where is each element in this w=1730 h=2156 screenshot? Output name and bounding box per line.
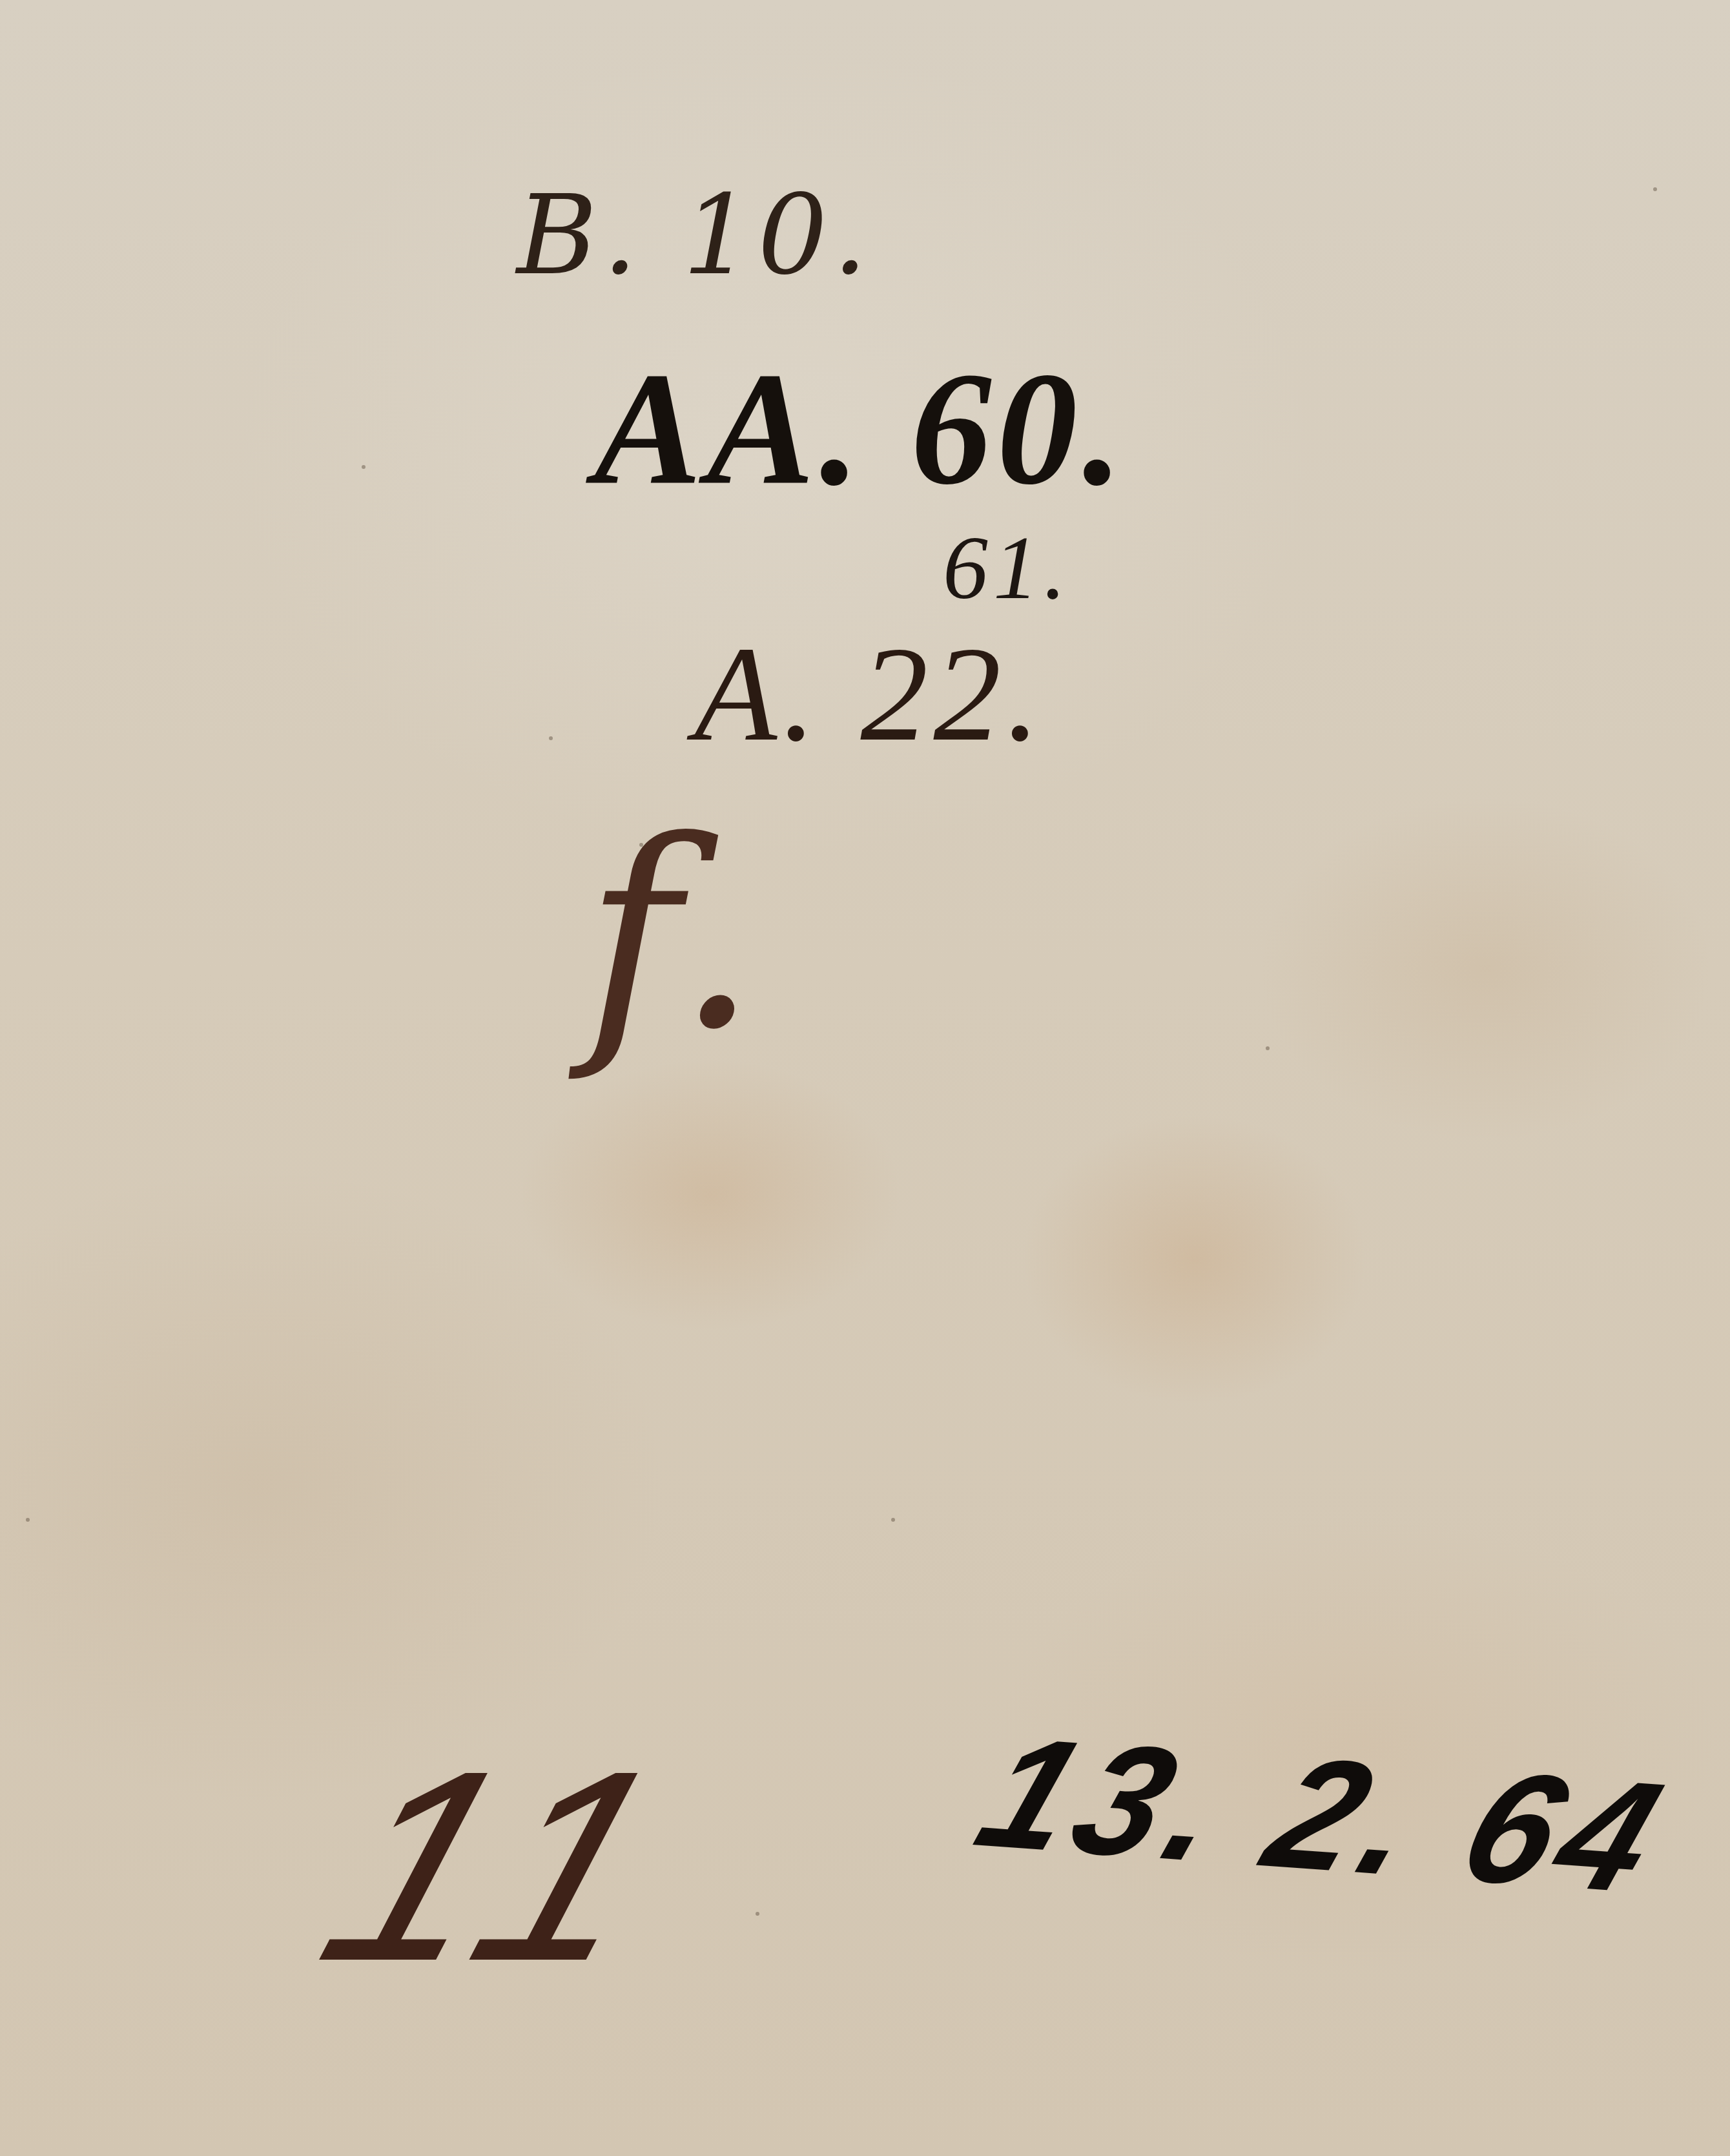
handwritten-date: 13. 2. 64	[962, 1714, 1686, 1916]
paper-speck	[362, 465, 366, 469]
shelfmark-61: 61.	[943, 523, 1071, 614]
paper-speck	[549, 736, 553, 740]
paper-speck	[26, 1518, 30, 1522]
paper-speck	[1266, 1046, 1270, 1050]
shelfmark-f: f.	[584, 807, 763, 1066]
shelfmark-aa60: AA. 60.	[594, 349, 1128, 510]
page-number: 11	[298, 1731, 706, 2002]
document-page: B. 10. AA. 60. 61. A. 22. f. 11 13. 2. 6…	[0, 0, 1730, 2156]
paper-speck	[1653, 187, 1657, 191]
shelfmark-a22: A. 22.	[694, 627, 1045, 762]
shelfmark-b10: B. 10.	[517, 181, 872, 291]
paper-speck	[891, 1518, 895, 1522]
paper-speck	[756, 1912, 759, 1916]
